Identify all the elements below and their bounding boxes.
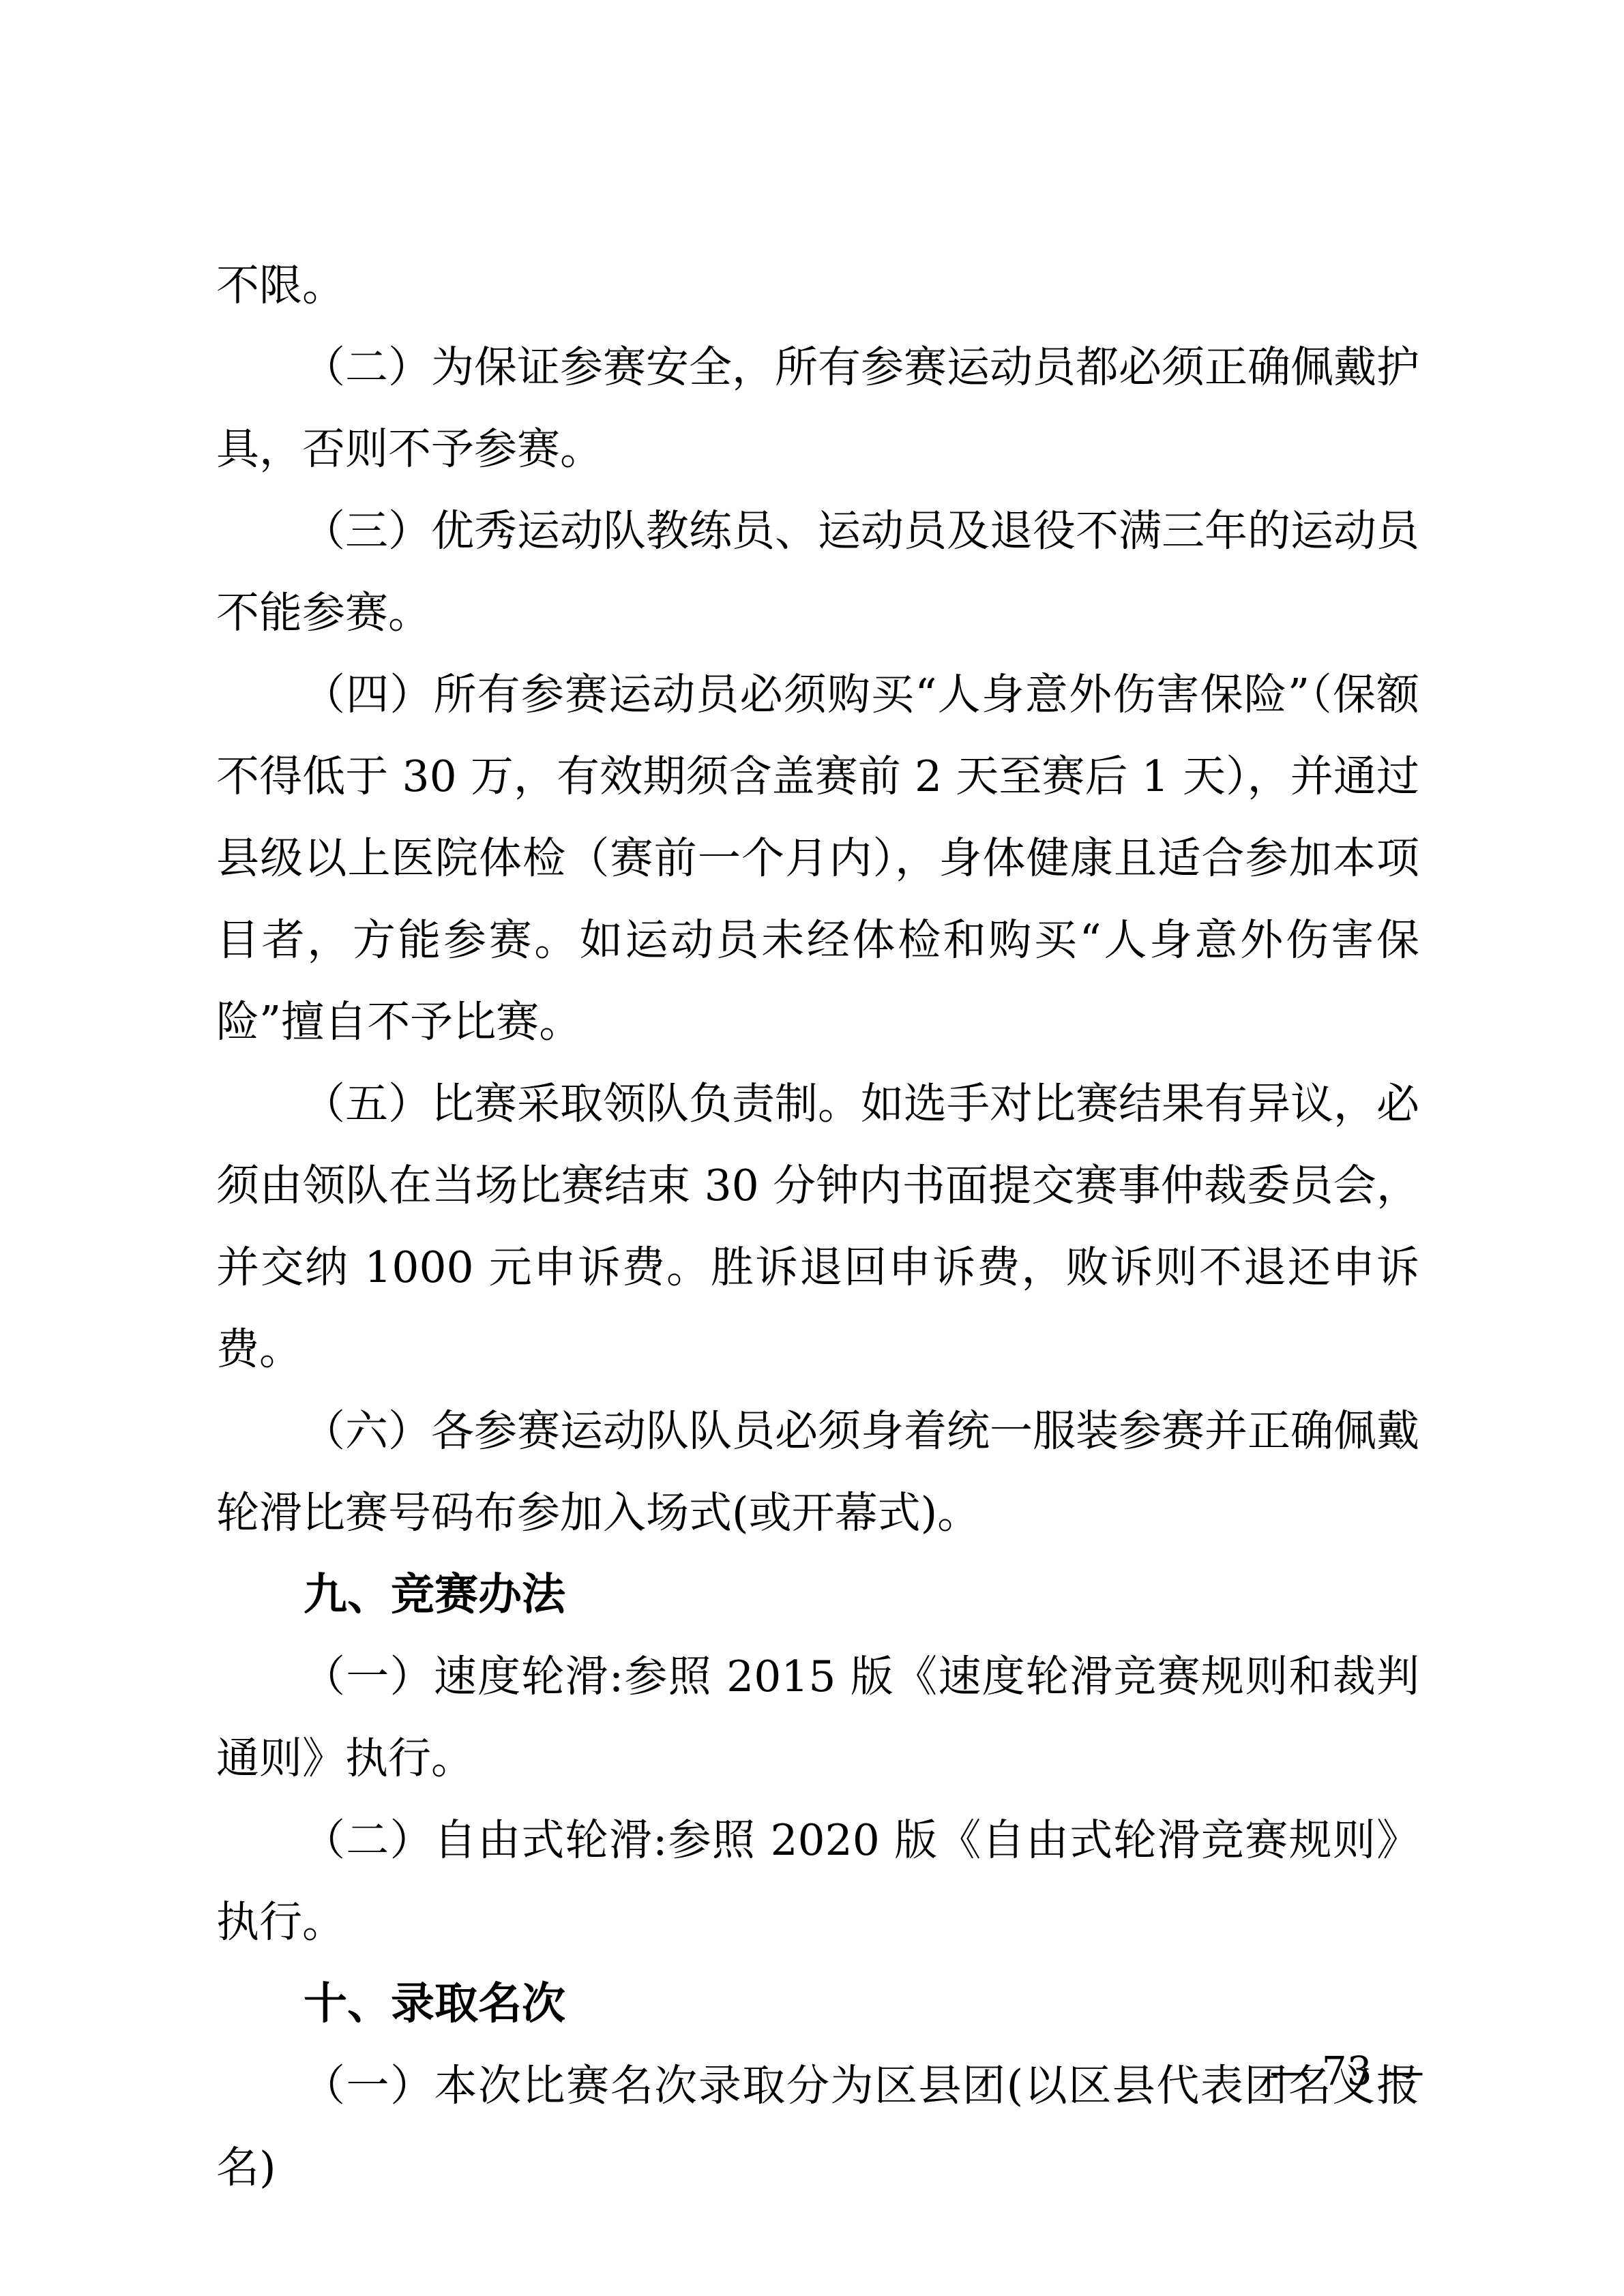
paragraph-item-3: （三）优秀运动队教练员、运动员及退役不满三年的运动员不能参赛。	[216, 490, 1419, 654]
heading-section-10: 十、录取名次	[216, 1963, 1419, 2045]
paragraph-rule-freestyle: （二）自由式轮滑:参照 2020 版《自由式轮滑竞赛规则》执行。	[216, 1800, 1419, 1963]
page-number: — 73 —	[1269, 2047, 1424, 2095]
document-page: 不限。 （二）为保证参赛安全，所有参赛运动员都必须正确佩戴护具，否则不予参赛。 …	[0, 0, 1624, 2296]
document-body: 不限。 （二）为保证参赛安全，所有参赛运动员都必须正确佩戴护具，否则不予参赛。 …	[216, 245, 1419, 2209]
heading-section-9: 九、竞赛办法	[216, 1554, 1419, 1636]
paragraph-continuation: 不限。	[216, 245, 1419, 327]
paragraph-ranking-intro: （一）本次比赛名次录取分为区县团(以区县代表团名义报名)	[216, 2045, 1419, 2209]
paragraph-item-2: （二）为保证参赛安全，所有参赛运动员都必须正确佩戴护具，否则不予参赛。	[216, 327, 1419, 490]
paragraph-rule-speed: （一）速度轮滑:参照 2015 版《速度轮滑竞赛规则和裁判通则》执行。	[216, 1636, 1419, 1800]
paragraph-item-5: （五）比赛采取领队负责制。如选手对比赛结果有异议，必须由领队在当场比赛结束 30…	[216, 1063, 1419, 1390]
paragraph-item-6: （六）各参赛运动队队员必须身着统一服装参赛并正确佩戴轮滑比赛号码布参加入场式(或…	[216, 1390, 1419, 1554]
paragraph-item-4: （四）所有参赛运动员必须购买“人身意外伤害保险”（保额不得低于 30 万，有效期…	[216, 654, 1419, 1063]
